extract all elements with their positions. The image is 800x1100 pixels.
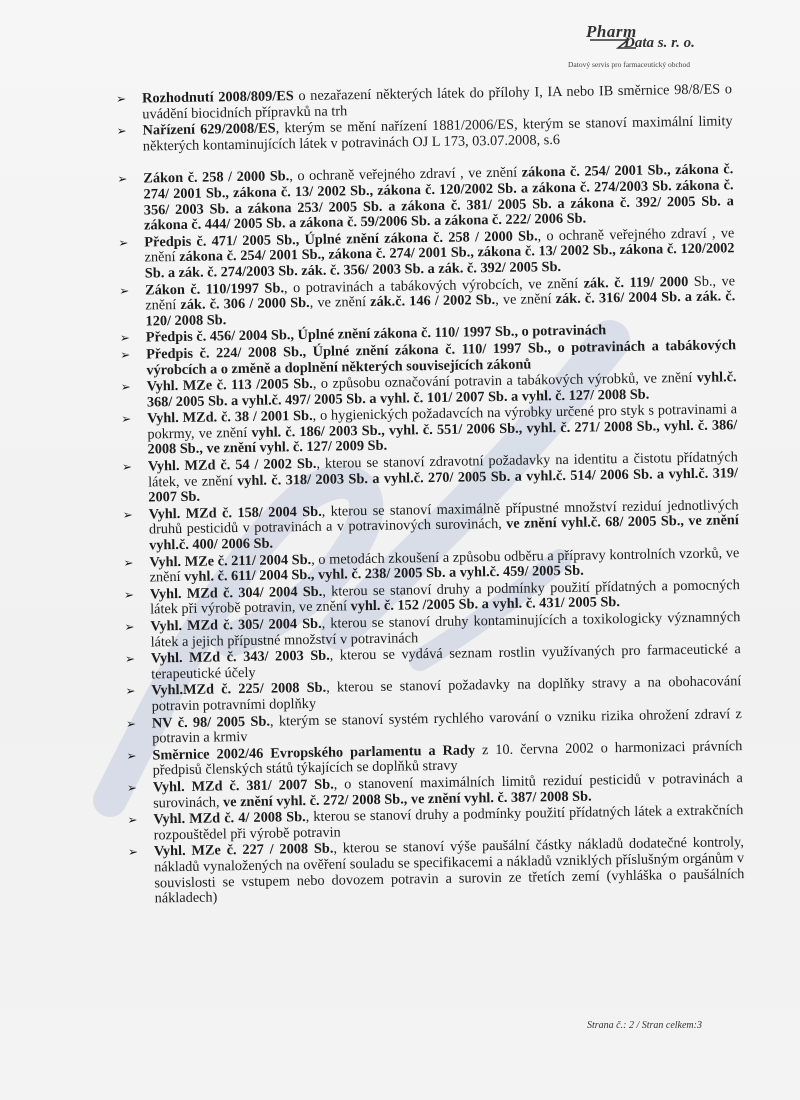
arrow-bullet-icon: ➢ [122,460,132,476]
item-citation: Vyhl. MZd č. 343/ 2003 Sb. [151,648,330,667]
item-citation: NV č. 98/ 2005 Sb. [152,713,270,731]
arrow-bullet-icon: ➢ [120,348,130,364]
arrow-bullet-icon: ➢ [126,748,136,764]
arrow-bullet-icon: ➢ [116,92,126,108]
arrow-bullet-icon: ➢ [118,236,128,252]
list-item: ➢Vyhl. MZe č. 227 / 2008 Sb., kterou se … [124,835,745,907]
arrow-bullet-icon: ➢ [119,283,129,299]
document-page: Pharm Data s. r. o. Datový servis pro fa… [0,0,800,1100]
legislation-list: ➢Rozhodnutí 2008/809/ES o nezařazení něk… [112,82,745,907]
logo-tagline: Datový servis pro farmaceutický obchod [568,60,690,69]
item-text: , ve znění [310,294,371,311]
arrow-bullet-icon: ➢ [124,588,134,604]
arrow-bullet-icon: ➢ [125,684,135,700]
arrow-bullet-icon: ➢ [124,620,134,636]
item-citation: zák. č. 306 / 2000 Sb. [180,295,309,313]
list-item: ➢Zákon č. 110/1997 Sb., o potravinách a … [115,274,736,331]
item-citation: zák.č. 146 / 2002 Sb. [370,292,495,310]
company-logo: Pharm Data s. r. o. Datový servis pro fa… [568,22,718,72]
arrow-bullet-icon: ➢ [121,380,131,396]
arrow-bullet-icon: ➢ [123,555,133,571]
arrow-bullet-icon: ➢ [120,331,130,347]
arrow-bullet-icon: ➢ [126,716,136,732]
arrow-bullet-icon: ➢ [121,412,131,428]
arrow-bullet-icon: ➢ [127,781,137,797]
arrow-bullet-icon: ➢ [117,172,127,188]
arrow-bullet-icon: ➢ [128,845,138,861]
arrow-bullet-icon: ➢ [117,124,127,140]
arrow-bullet-icon: ➢ [127,813,137,829]
arrow-bullet-icon: ➢ [123,508,133,524]
arrow-bullet-icon: ➢ [125,652,135,668]
page-number: Strana č.: 2 / Stran celkem:3 [587,1020,702,1031]
list-item: ➢Zákon č. 258 / 2000 Sb., o ochraně veře… [113,163,734,235]
logo-brand-data: Data s. r. o. [624,35,695,52]
item-text: , ve znění [495,291,556,308]
